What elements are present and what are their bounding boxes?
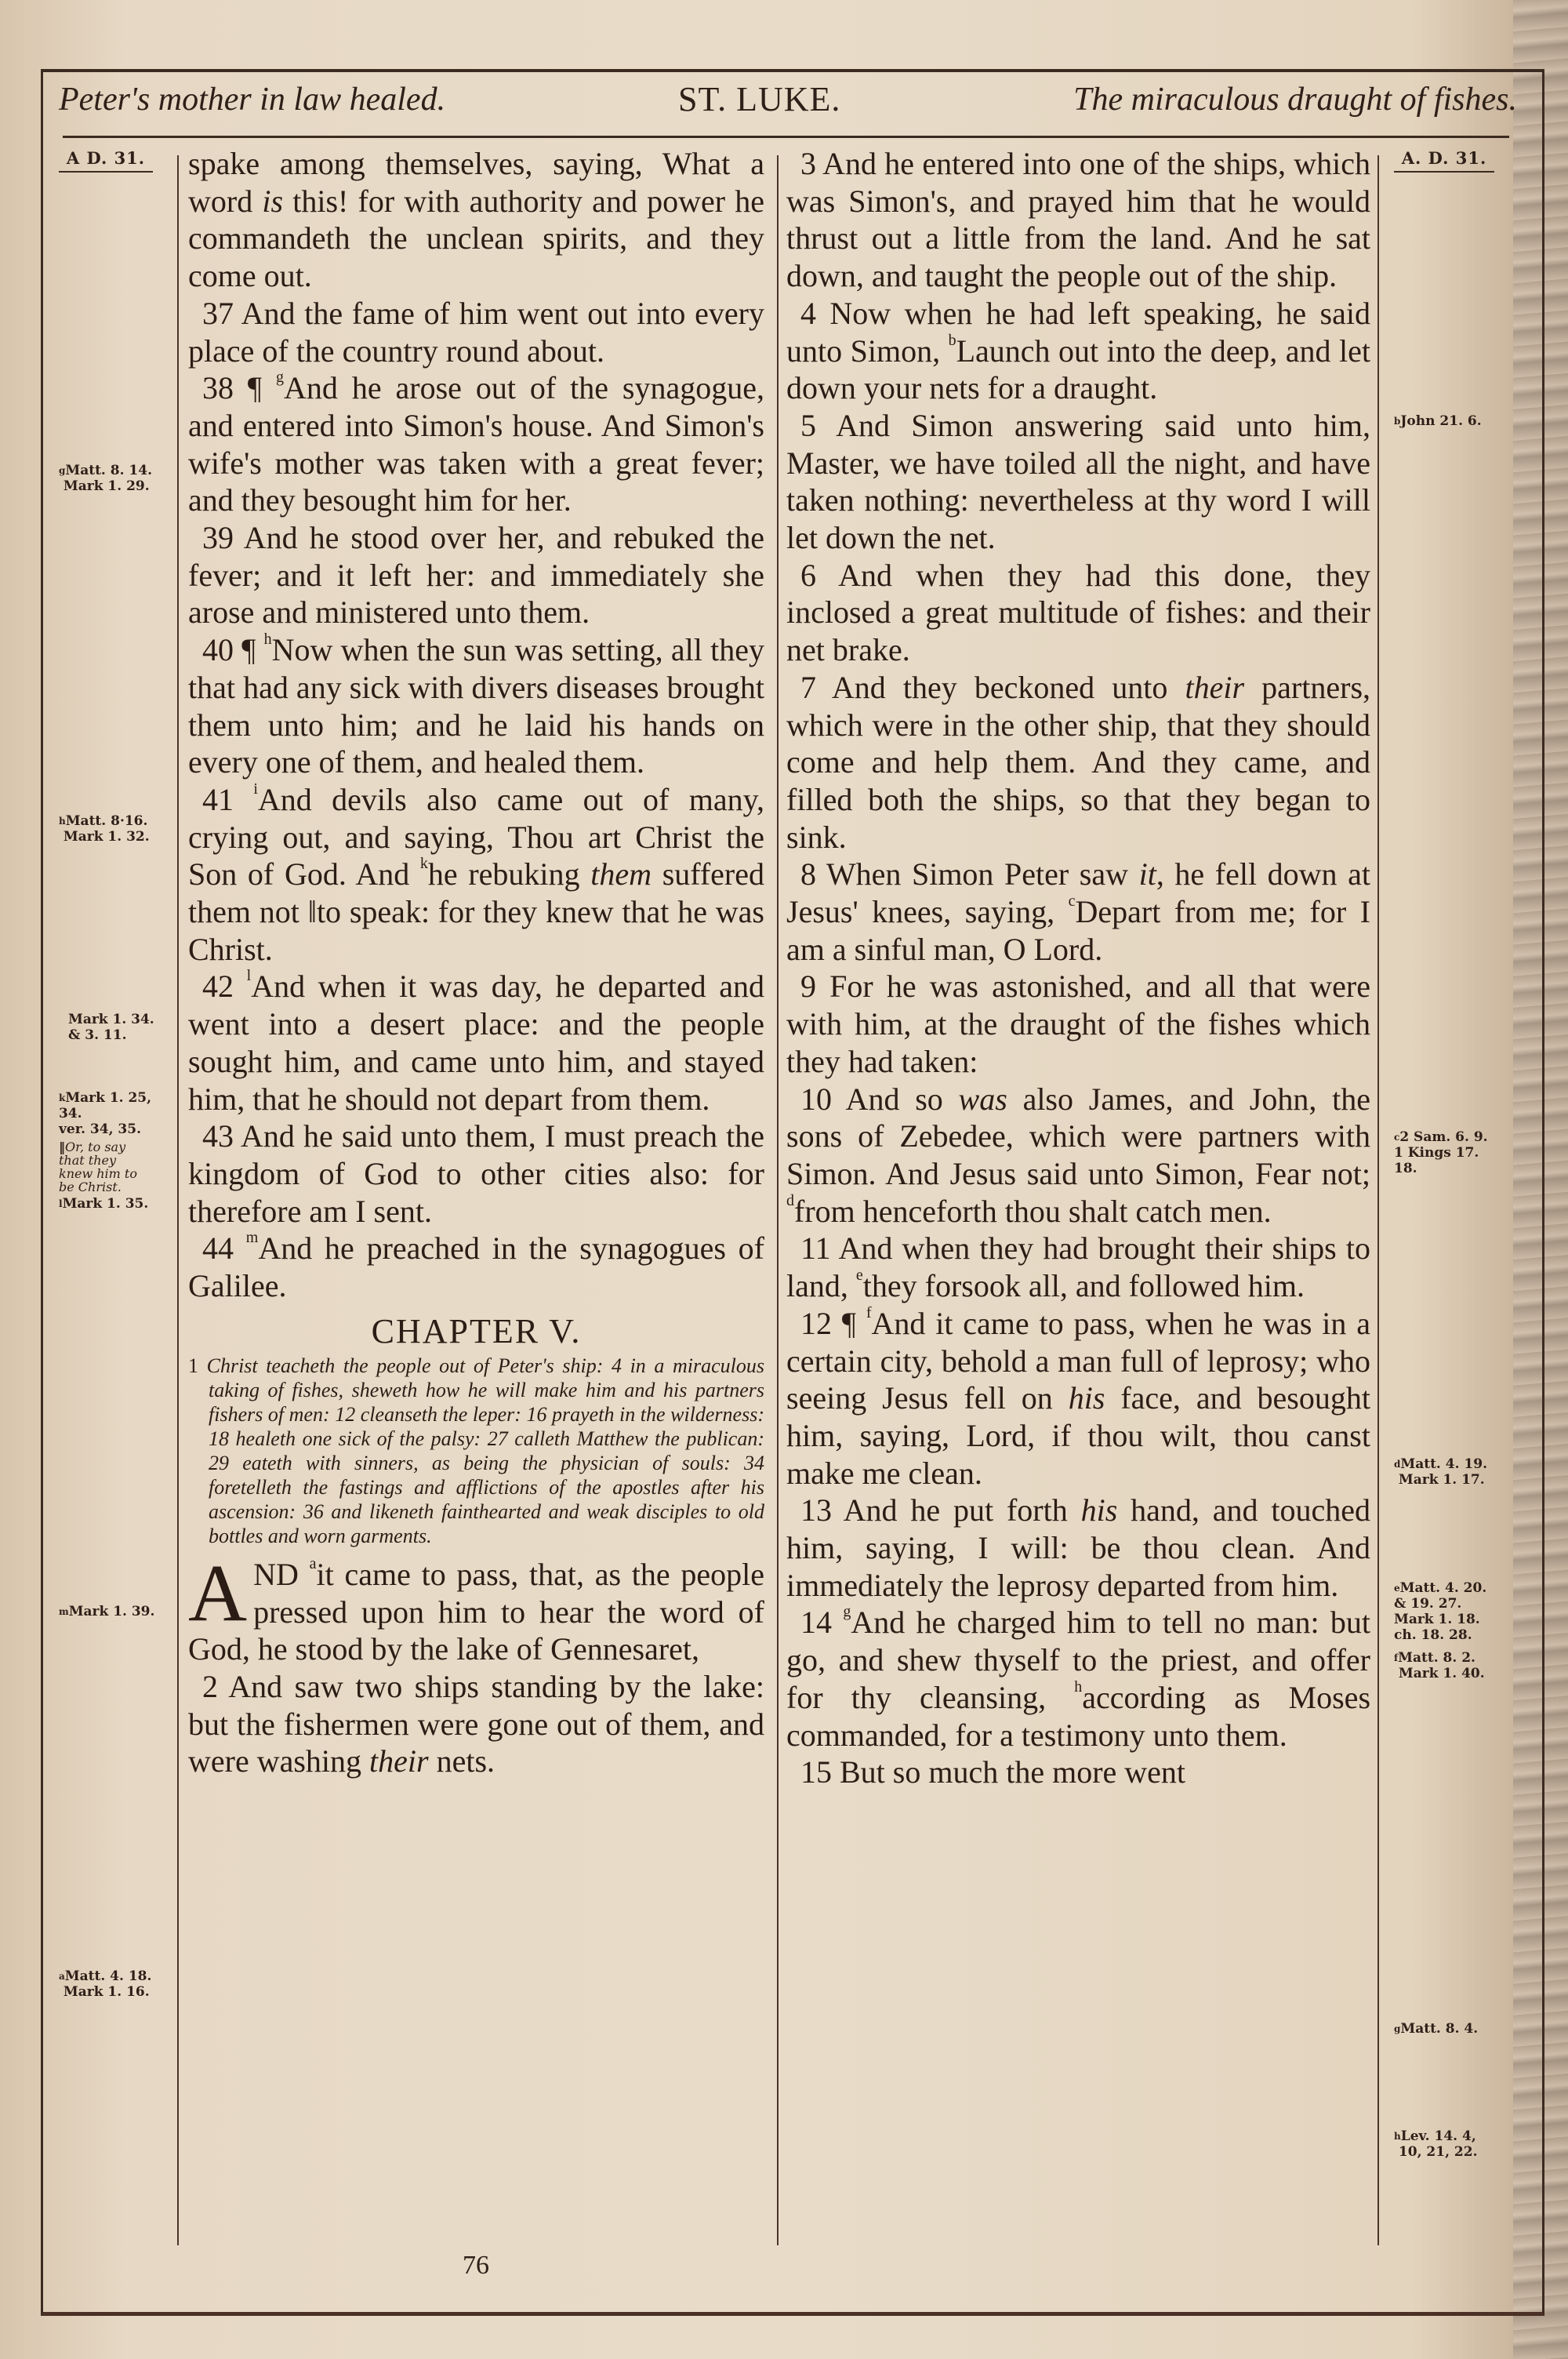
header-left-title: Peter's mother in law healed. <box>59 75 445 125</box>
verse-5: 5 And Simon answering said unto him, Mas… <box>786 407 1370 557</box>
chapter-heading: CHAPTER V. <box>188 1311 764 1352</box>
cross-reference-note: eMatt. 4. 20. & 19. 27. Mark 1. 18. ch. … <box>1394 1580 1486 1643</box>
verse-4: 4 Now when he had left speaking, he said… <box>786 295 1370 407</box>
cross-reference-note: gMatt. 8. 14. Mark 1. 29. <box>59 463 152 494</box>
alternate-reading-note: ‖Or, to say that they knew him to be Chr… <box>59 1140 137 1194</box>
page-number: 76 <box>463 2251 489 2281</box>
verse-43: 43 And he said unto them, I must preach … <box>188 1118 764 1230</box>
right-margin-divider <box>1377 155 1379 2245</box>
cross-reference-note: lMark 1. 35. <box>59 1196 148 1212</box>
verse-37: 37 And the fame of him went out into eve… <box>188 295 764 369</box>
header-rule <box>63 136 1509 138</box>
verse-8: 8 When Simon Peter saw it, he fell down … <box>786 856 1370 968</box>
left-text-column: spake among themselves, saying, What a w… <box>188 145 764 1780</box>
verse-2: 2 And saw two ships standing by the lake… <box>188 1668 764 1780</box>
left-margin-date: A D. 31. <box>59 151 153 173</box>
verse-3: 3 And he entered into one of the ships, … <box>786 145 1370 295</box>
chapter-summary: 1 Christ teacheth the people out of Pete… <box>188 1354 764 1548</box>
left-margin-divider <box>177 155 179 2245</box>
book-page: Peter's mother in law healed. ST. LUKE. … <box>0 0 1568 2359</box>
verse-11: 11 And when they had brought their ships… <box>786 1230 1370 1304</box>
cross-reference-note: kMark 1. 25, 34. ver. 34, 35. <box>59 1090 151 1137</box>
cross-reference-note: gMatt. 8. 4. <box>1394 2021 1478 2037</box>
cross-reference-note: aMatt. 4. 18. Mark 1. 16. <box>59 1968 151 2000</box>
verse-42: 42 lAnd when it was day, he departed and… <box>188 968 764 1118</box>
left-margin-notes: A D. 31. gMatt. 8. 14. Mark 1. 29. hMatt… <box>59 151 169 2268</box>
right-margin-date: A. D. 31. <box>1394 151 1494 173</box>
verse-38: 38 ¶ gAnd he arose out of the synagogue,… <box>188 369 764 519</box>
running-header: Peter's mother in law healed. ST. LUKE. … <box>59 75 1517 129</box>
verse-13: 13 And he put forth his hand, and touche… <box>786 1492 1370 1604</box>
cross-reference-note: mMark 1. 39. <box>59 1604 154 1619</box>
right-margin-notes: A. D. 31. bJohn 21. 6. c2 Sam. 6. 9. 1 K… <box>1394 151 1504 2268</box>
verse-14: 14 gAnd he charged him to tell no man: b… <box>786 1604 1370 1754</box>
verse-40: 40 ¶ hNow when the sun was setting, all … <box>188 631 764 781</box>
cross-reference-note: hLev. 14. 4, 10, 21, 22. <box>1394 2128 1477 2160</box>
verse-1: AND ait came to pass, that, as the peopl… <box>188 1556 764 1668</box>
verse-36-continued: spake among themselves, saying, What a w… <box>188 145 764 295</box>
verse-44: 44 mAnd he preached in the synagogues of… <box>188 1230 764 1304</box>
cross-reference-note: Mark 1. 34. & 3. 11. <box>68 1012 154 1043</box>
verse-9: 9 For he was astonished, and all that we… <box>786 968 1370 1080</box>
cross-reference-note: dMatt. 4. 19. Mark 1. 17. <box>1394 1456 1487 1488</box>
cross-reference-note: fMatt. 8. 2. Mark 1. 40. <box>1394 1650 1485 1681</box>
drop-cap: A <box>188 1559 247 1628</box>
verse-41: 41 iAnd devils also came out of many, cr… <box>188 781 764 969</box>
verse-7: 7 And they beckoned unto their partners,… <box>786 669 1370 856</box>
verse-10: 10 And so was also James, and John, the … <box>786 1081 1370 1230</box>
center-column-divider <box>777 155 779 2245</box>
verse-15: 15 But so much the more went <box>786 1754 1370 1791</box>
verse-39: 39 And he stood over her, and rebuked th… <box>188 519 764 631</box>
cross-reference-note: hMatt. 8·16. Mark 1. 32. <box>59 813 150 845</box>
header-book-title: ST. LUKE. <box>678 75 840 125</box>
verse-12: 12 ¶ fAnd it came to pass, when he was i… <box>786 1305 1370 1492</box>
cross-reference-note: c2 Sam. 6. 9. 1 Kings 17. 18. <box>1394 1129 1488 1176</box>
verse-6: 6 And when they had this done, they incl… <box>786 557 1370 669</box>
right-text-column: 3 And he entered into one of the ships, … <box>786 145 1370 1791</box>
cross-reference-note: bJohn 21. 6. <box>1394 413 1482 429</box>
header-right-title: The miraculous draught of fishes. <box>1073 75 1517 125</box>
